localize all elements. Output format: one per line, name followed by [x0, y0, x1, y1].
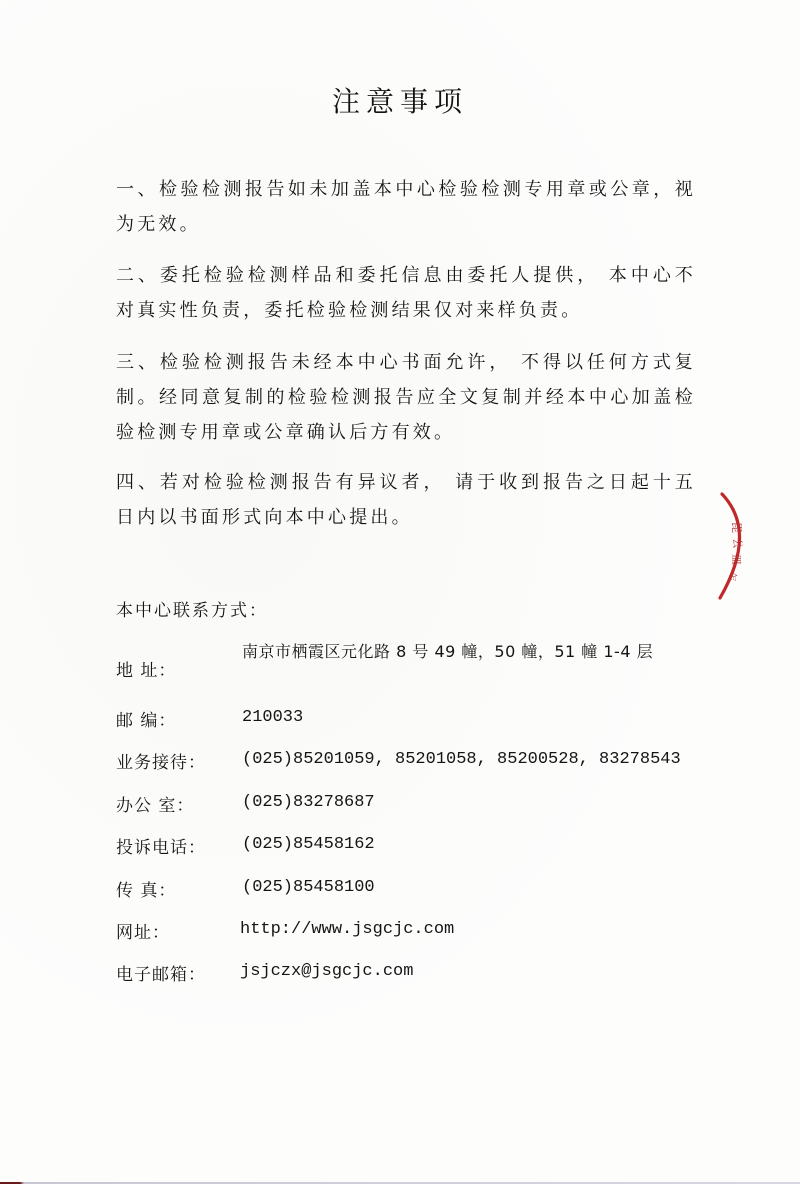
notice-item-2: 二、委托检验检测样品和委托信息由委托人提供， 本中心不对真实性负责，委托检验检测…: [116, 258, 696, 328]
fax-value: (025)85458100: [242, 876, 702, 900]
notice-item-1: 一、检验检测报告如未加盖本中心检验检测专用章或公章，视为无效。: [116, 172, 696, 242]
official-seal-fragment: ヽ 毘 公 皿 乍: [700, 492, 790, 602]
address-value: 南京市栖霞区元化路 8 号 49 幢，50 幢，51 幢 1-4 层: [242, 640, 702, 664]
office-label: 办公 室：: [116, 791, 194, 816]
complaint-value: (025)85458162: [242, 833, 702, 857]
website-link[interactable]: http://www.jsgcjc.com: [240, 918, 700, 942]
notice-item-3: 三、检验检测报告未经本中心书面允许， 不得以任何方式复制。经同意复制的检验检测报…: [116, 345, 696, 450]
contact-heading: 本中心联系方式：: [116, 596, 268, 621]
address-label: 地 址：: [116, 656, 176, 681]
business-value: (025)85201059, 85201058, 85200528, 83278…: [242, 748, 702, 772]
svg-text:ヽ: ヽ: [728, 505, 738, 514]
svg-text:乍: 乍: [726, 572, 739, 582]
fax-label: 传 真：: [116, 876, 176, 901]
svg-text:公: 公: [731, 538, 744, 549]
email-label: 电子邮箱：: [116, 960, 206, 985]
svg-text:毘: 毘: [730, 522, 743, 533]
complaint-label: 投诉电话：: [116, 833, 206, 858]
notice-item-4: 四、若对检验检测报告有异议者， 请于收到报告之日起十五日内以书面形式向本中心提出…: [116, 465, 696, 535]
seal-arc-icon: ヽ 毘 公 皿 乍: [700, 492, 790, 602]
postcode-value: 210033: [242, 706, 702, 730]
page-title: 注意事项: [0, 80, 800, 120]
svg-text:皿: 皿: [730, 554, 743, 565]
business-label: 业务接待：: [116, 748, 206, 773]
website-label: 网址：: [116, 918, 170, 943]
document-page: 注意事项 一、检验检测报告如未加盖本中心检验检测专用章或公章，视为无效。 二、委…: [0, 0, 800, 1184]
email-link[interactable]: jsjczx@jsgcjc.com: [240, 960, 700, 984]
office-value: (025)83278687: [242, 791, 702, 815]
postcode-label: 邮 编：: [116, 706, 176, 731]
